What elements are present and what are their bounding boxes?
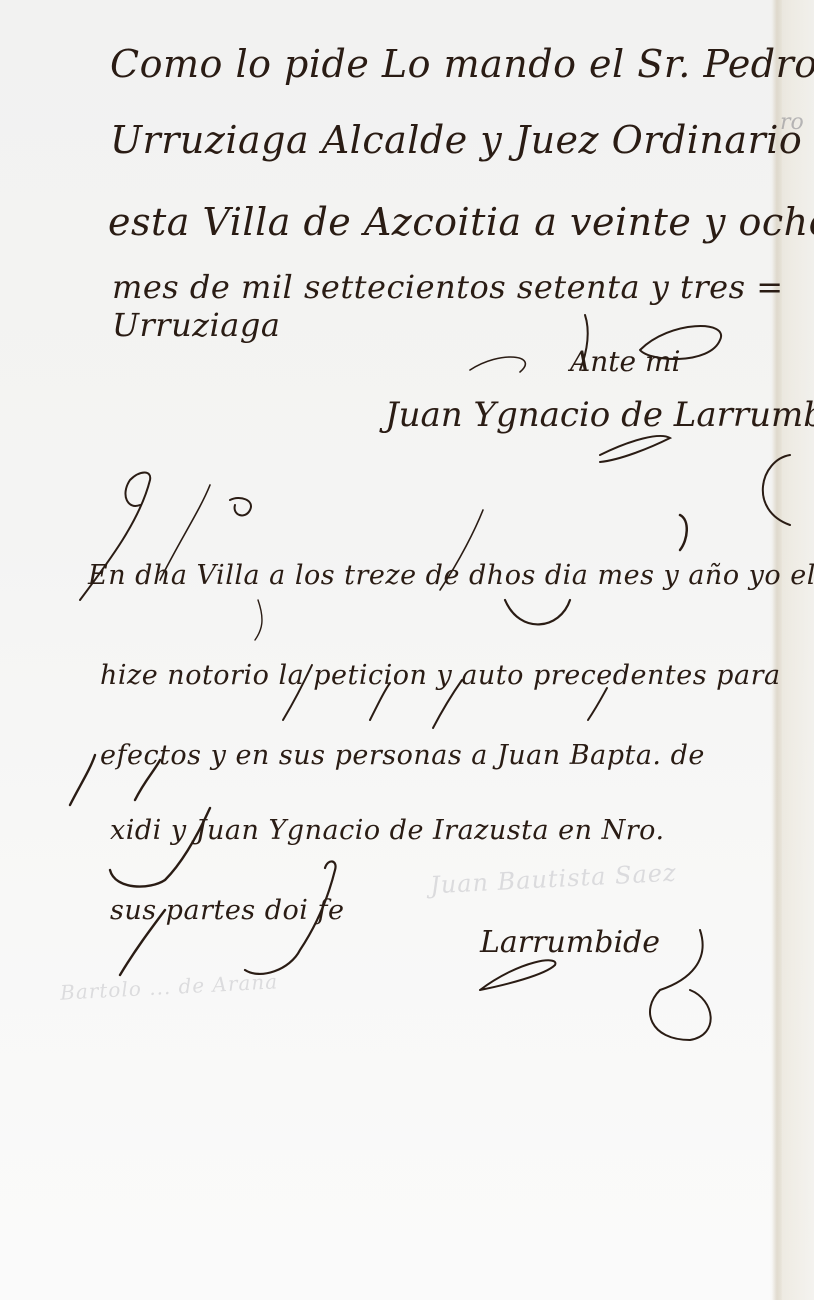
manuscript-page: Bartolo ... de Arana Juan Bautista Saez … (0, 0, 814, 1300)
signature-notary: Juan Ygnacio de Larrumbide (385, 395, 814, 435)
ante-mi-label: Ante mi (570, 345, 680, 378)
entry-1-line-4: mes de mil settecientos setenta y tres = (112, 268, 784, 306)
entry-1-line-2: Urruziaga Alcalde y Juez Ordinario de (110, 118, 814, 162)
entry-2-line-1: En dha Villa a los treze de dhos dia mes… (88, 560, 814, 591)
entry-2-line-5: sus partes doi fe (110, 895, 344, 926)
pen-flourishes (0, 0, 814, 1300)
page-fold-shadow (772, 0, 782, 1300)
entry-1-line-5: Urruziaga (112, 306, 280, 344)
entry-1-line-1: Como lo pide Lo mando el Sr. Pedro (110, 42, 814, 86)
bleed-through-line: Bartolo ... de Arana (60, 969, 279, 1004)
entry-1-line-3: esta Villa de Azcoitia a veinte y ocho d… (108, 200, 814, 244)
bleed-through-line: Juan Bautista Saez (429, 859, 677, 900)
entry-2-line-3: efectos y en sus personas a Juan Bapta. … (100, 740, 705, 771)
entry-2-line-2: hize notorio la peticion y auto preceden… (100, 660, 781, 691)
entry-2-line-4: xidi y Juan Ygnacio de Irazusta en Nro. (110, 815, 665, 846)
signature-larrumbide: Larrumbide (480, 925, 660, 960)
